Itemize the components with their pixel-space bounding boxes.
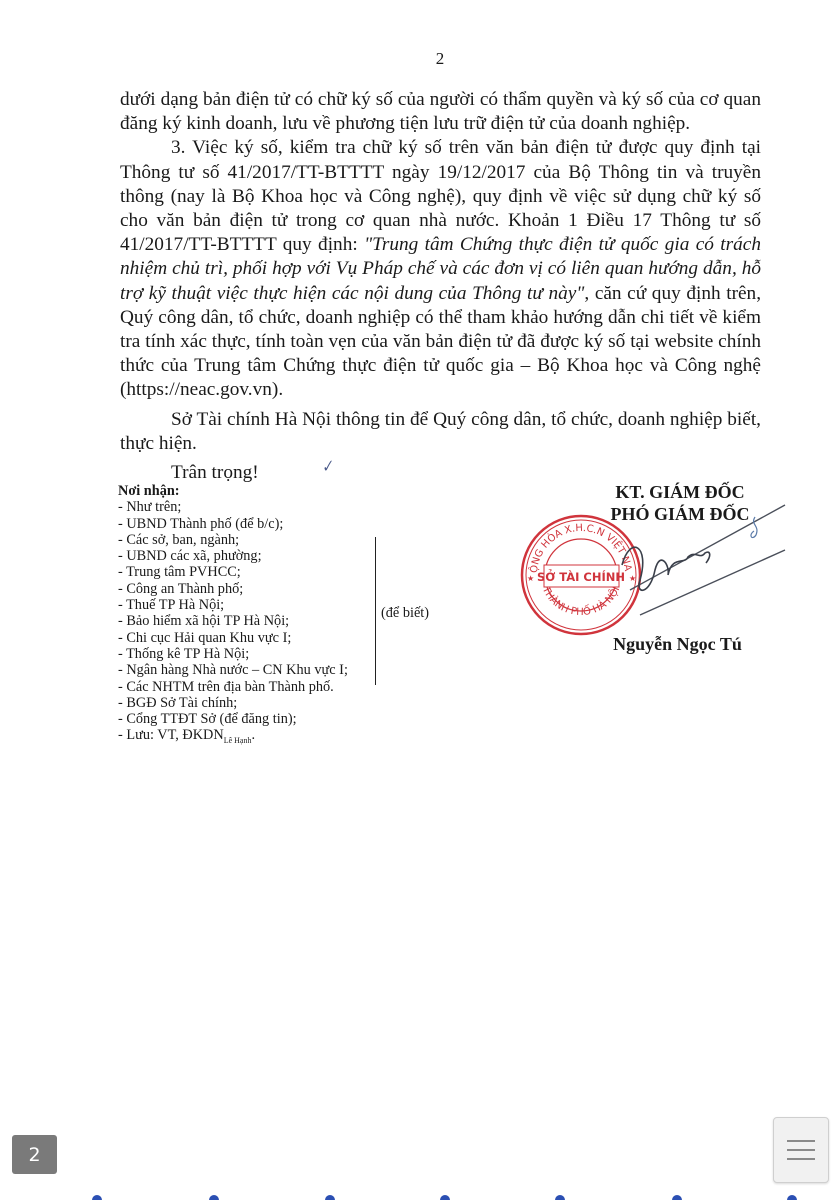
menu-bar xyxy=(787,1158,815,1160)
paragraph-info: Sở Tài chính Hà Nội thông tin để Quý côn… xyxy=(120,408,761,456)
menu-bar xyxy=(787,1140,815,1142)
recipient-item: - UBND Thành phố (để b/c); xyxy=(118,516,348,532)
recipient-item: - Ngân hàng Nhà nước – CN Khu vực I; xyxy=(118,662,348,678)
nav-dot-icon[interactable] xyxy=(787,1195,797,1200)
recipients-list: Nơi nhận: - Như trên;- UBND Thành phố (đ… xyxy=(118,483,348,750)
handwritten-signature-icon xyxy=(610,495,790,625)
paragraph-continuation: dưới dạng bản điện tử có chữ ký số của n… xyxy=(120,88,761,136)
nav-dot-icon[interactable] xyxy=(209,1195,219,1200)
recipient-item: - Cổng TTĐT Sở (để đăng tin); xyxy=(118,711,348,727)
group-note: (để biết) xyxy=(381,605,429,622)
recipient-item: - Công an Thành phố; xyxy=(118,581,348,597)
nav-dot-icon[interactable] xyxy=(555,1195,565,1200)
recipient-item: - UBND các xã, phường; xyxy=(118,548,348,564)
recipient-item: - Thuế TP Hà Nội; xyxy=(118,597,348,613)
recipient-item: - BGĐ Sở Tài chính; xyxy=(118,695,348,711)
menu-bar xyxy=(787,1149,815,1151)
recipient-item: - Trung tâm PVHCC; xyxy=(118,564,348,580)
nav-dot-icon[interactable] xyxy=(325,1195,335,1200)
nav-dot-icon[interactable] xyxy=(92,1195,102,1200)
page-number: 2 xyxy=(0,49,840,69)
closing-text: Trân trọng! xyxy=(171,462,259,483)
group-bracket xyxy=(375,537,376,685)
recipient-item: - Các sở, ban, ngành; xyxy=(118,532,348,548)
recipient-item: - Chi cục Hải quan Khu vực I; xyxy=(118,630,348,646)
recipients-title: Nơi nhận: xyxy=(118,483,348,499)
recipient-item: - Lưu: VT, ĐKDNLê Hạnh. xyxy=(118,727,348,749)
signer-name: Nguyễn Ngọc Tú xyxy=(560,634,795,655)
recipient-item: - Bảo hiểm xã hội TP Hà Nội; xyxy=(118,613,348,629)
page-indicator-badge: 2 xyxy=(12,1135,57,1174)
document-body: dưới dạng bản điện tử có chữ ký số của n… xyxy=(120,88,761,486)
recipient-item: - Như trên; xyxy=(118,499,348,515)
nav-dot-icon[interactable] xyxy=(672,1195,682,1200)
recipient-item: - Các NHTM trên địa bàn Thành phố. xyxy=(118,679,348,695)
paragraph-3: 3. Việc ký số, kiểm tra chữ ký số trên v… xyxy=(120,136,761,402)
svg-text:★: ★ xyxy=(527,574,534,583)
recipient-item: - Thống kê TP Hà Nội; xyxy=(118,646,348,662)
hamburger-menu-icon[interactable] xyxy=(773,1117,829,1183)
nav-dot-icon[interactable] xyxy=(440,1195,450,1200)
